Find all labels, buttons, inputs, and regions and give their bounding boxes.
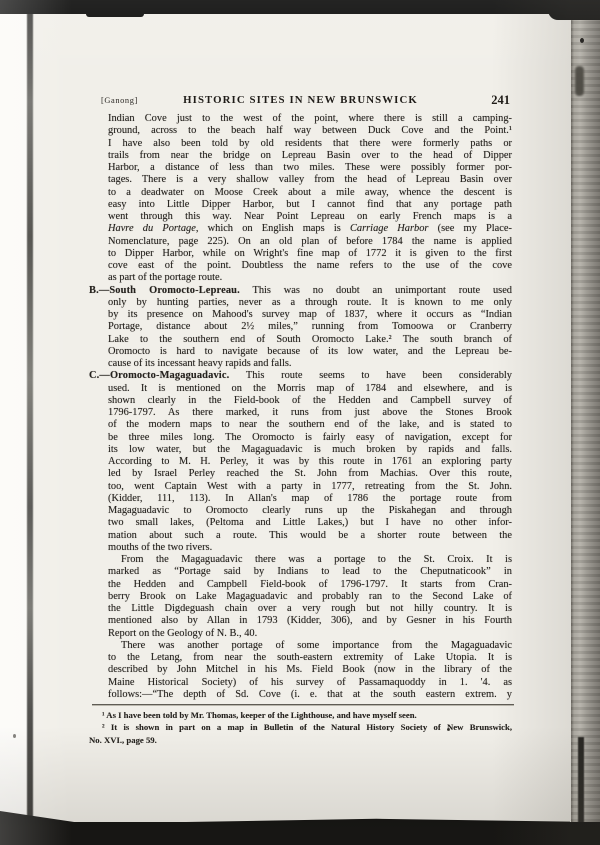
text-line: described by John Mitchel in his Ms. Fie… (108, 664, 512, 676)
text-line: mation about such a route. This would be… (108, 530, 512, 542)
text-line: Oromocto is hard to navigate because of … (108, 346, 512, 358)
text-line: follows:—“The depth of Sd. Cove (i. e. t… (108, 689, 512, 701)
text-line: B.—South Oromocto-Lepreau. This was no d… (89, 285, 512, 297)
text-line: be three miles long. The Oromocto is fai… (108, 432, 512, 444)
text-line: its low water, but the Magaguadavic is m… (108, 444, 512, 456)
left-page-margin (0, 0, 27, 845)
text-line: went through this way. Near Point Leprea… (108, 211, 512, 223)
text-line: easy into Little Dipper Harbor, but I ca… (108, 199, 512, 211)
text-line: to Dipper Harbor, while on Wright's fine… (108, 248, 512, 260)
text-line: I have also been told by old residents t… (108, 138, 512, 150)
footnotes: ¹ As I have been told by Mr. Thomas, kee… (89, 709, 512, 746)
text-line: cause of its incessant heavy rapids and … (108, 358, 512, 370)
text-line: No. XVI., page 59. (89, 734, 512, 746)
text-line: berry Brook on Lake Magaguadavic and pro… (108, 591, 512, 603)
scan-shadow-bar (578, 737, 584, 825)
text-line: ² It is shown in part on a map in Bullet… (89, 721, 512, 733)
text-line: of the modern maps to near the southern … (108, 419, 512, 431)
page-title: HISTORIC SITES IN NEW BRUNSWICK (89, 94, 512, 106)
text-line: shown clearly in the Field-book of the H… (108, 395, 512, 407)
text-line: ground, across to the beach half way bet… (108, 125, 512, 137)
scan-blotch (575, 66, 584, 96)
section-c-oromocto-magaguadavic: C.—Oromocto-Magaguadavic. This route see… (89, 370, 512, 554)
text-line: 1796-1797. As there marked, it runs from… (108, 407, 512, 419)
text-line: There was another portage of some import… (108, 640, 512, 652)
text-line: by its presence on Mahood's survey map o… (108, 309, 512, 321)
section-b-south-oromocto-lepreau: B.—South Oromocto-Lepreau. This was no d… (89, 285, 512, 371)
text-line: Havre du Portage, which on English maps … (108, 223, 512, 235)
text-line: led by Israel Perley reached the St. Joh… (108, 468, 512, 480)
paragraph-magaguadavic-letang: There was another portage of some import… (89, 640, 512, 701)
text-line: Portage, distance about 2½ miles,” runni… (108, 321, 512, 333)
scan-speck (580, 38, 584, 43)
footnote-separator-rule (92, 704, 514, 705)
paragraph-lepreau-portages: Indian Cove just to the west of the poin… (89, 113, 512, 285)
page-number: 241 (491, 93, 510, 108)
text-line: Nomenclature, page 225). On an old plan … (108, 236, 512, 248)
page-text-block: [Ganong] HISTORIC SITES IN NEW BRUNSWICK… (89, 94, 512, 746)
text-line: Lake to the southern end of South Oromoc… (108, 334, 512, 346)
text-line: used. It is mentioned on the Morris map … (108, 383, 512, 395)
book-gutter-shadow (27, 0, 33, 845)
text-line: (Kidder, 111, 113). In Allan's map of 17… (108, 493, 512, 505)
scanner-bottom-band (0, 822, 600, 845)
paragraph-magaguadavic-st-croix: From the Magaguadavic there was a portag… (89, 554, 512, 640)
text-line: only by hunting parties, never as a thro… (108, 297, 512, 309)
text-line: as part of the portage route. (108, 272, 512, 284)
page-header: [Ganong] HISTORIC SITES IN NEW BRUNSWICK… (89, 94, 512, 107)
text-line: Maine Historical Society) of his survey … (108, 677, 512, 689)
text-line: ¹ As I have been told by Mr. Thomas, kee… (89, 709, 512, 721)
scanned-book-page: [Ganong] HISTORIC SITES IN NEW BRUNSWICK… (0, 0, 600, 845)
text-line: According to M. H. Perley, it was by thi… (108, 456, 512, 468)
scan-speck (13, 734, 16, 738)
text-line: mentioned also by Allan in 1793 (Kidder,… (108, 615, 512, 627)
text-line: C.—Oromocto-Magaguadavic. This route see… (89, 370, 512, 382)
text-line: Magaguadavic to Oromocto clearly runs up… (108, 505, 512, 517)
page-edge-strip (571, 0, 600, 845)
text-line: two small lakes, (Peltoma and Little Lak… (108, 517, 512, 529)
text-line: From the Magaguadavic there was a portag… (108, 554, 512, 566)
text-line: marked as “Portage said by Indians to le… (108, 566, 512, 578)
text-line: too, went Captain West with a party in 1… (108, 481, 512, 493)
text-line: cove east of the point. Doubtless the na… (108, 260, 512, 272)
scanner-top-band-corner (548, 0, 600, 20)
scanner-top-band-notch (86, 0, 144, 17)
text-line: the Little Digdeguash chain over a very … (108, 603, 512, 615)
text-line: Report on the Geology of N. B., 40. (108, 628, 512, 640)
text-line: to the Letang, from near the south-easte… (108, 652, 512, 664)
text-line: tages. There is a very shallow valley fr… (108, 174, 512, 186)
text-line: the Hedden and Campbell Field-book of 17… (108, 579, 512, 591)
text-line: mouths of the two rivers. (108, 542, 512, 554)
text-line: Indian Cove just to the west of the poin… (108, 113, 512, 125)
text-line: trails from near the bridge on Lepreau B… (108, 150, 512, 162)
text-line: to a deadwater on Moose Creek about a mi… (108, 187, 512, 199)
text-line: Harbor, a distance of less than two mile… (108, 162, 512, 174)
